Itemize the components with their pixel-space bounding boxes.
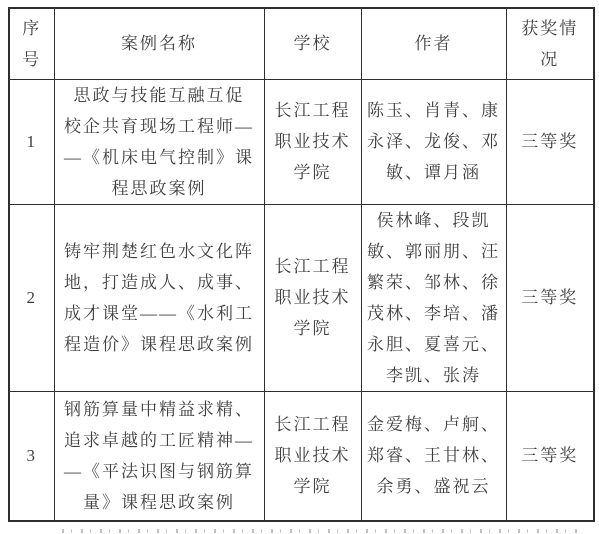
header-award: 获奖情 况: [506, 8, 594, 79]
cell-case-name: 钢筋算量中精益求精、 追求卓越的工匠精神— —《平法识图与钢筋算 量》课程思政案…: [54, 391, 264, 521]
cell-school: 长江工程 职业技术 学院: [264, 391, 361, 521]
cell-case-name: 铸牢荆楚红色水文化阵 地，打造成人、成事、 成才课堂——《水利工 程造价》课程思…: [54, 204, 264, 391]
header-school: 学校: [264, 8, 361, 79]
cell-award: 三等奖: [506, 204, 594, 391]
cell-award: 三等奖: [506, 79, 594, 204]
cell-school: 长江工程 职业技术 学院: [264, 79, 361, 204]
cell-index: 1: [9, 79, 54, 204]
table-row: 3 钢筋算量中精益求精、 追求卓越的工匠精神— —《平法识图与钢筋算 量》课程思…: [9, 391, 594, 521]
table-row: 1 思政与技能互融互促 校企共育现场工程师— —《机床电气控制》课 程思政案例 …: [9, 79, 594, 204]
header-author: 作者: [361, 8, 506, 79]
cell-school: 长江工程 职业技术 学院: [264, 204, 361, 391]
header-case-name: 案例名称: [54, 8, 264, 79]
cell-case-name: 思政与技能互融互促 校企共育现场工程师— —《机床电气控制》课 程思政案例: [54, 79, 264, 204]
header-row: 序 号 案例名称 学校 作者 获奖情 况: [9, 8, 594, 79]
cell-author: 陈玉、肖青、康 永泽、龙俊、邓 敏、谭月涵: [361, 79, 506, 204]
header-index: 序 号: [9, 8, 54, 79]
clipped-next-line-fragments: [62, 529, 577, 533]
cell-index: 3: [9, 391, 54, 521]
award-cases-table: 序 号 案例名称 学校 作者 获奖情 况 1 思政与技能互融互促 校企共育现场工…: [8, 7, 595, 522]
table-row: 2 铸牢荆楚红色水文化阵 地，打造成人、成事、 成才课堂——《水利工 程造价》课…: [9, 204, 594, 391]
cell-index: 2: [9, 204, 54, 391]
cell-author: 侯林峰、段凯 敏、郭丽朋、汪 繁荣、邹林、徐 茂林、李培、潘 永胆、夏喜元、 李…: [361, 204, 506, 391]
cell-author: 金爱梅、卢舸、 郑睿、王甘林、 余勇、盛祝云: [361, 391, 506, 521]
cell-award: 三等奖: [506, 391, 594, 521]
